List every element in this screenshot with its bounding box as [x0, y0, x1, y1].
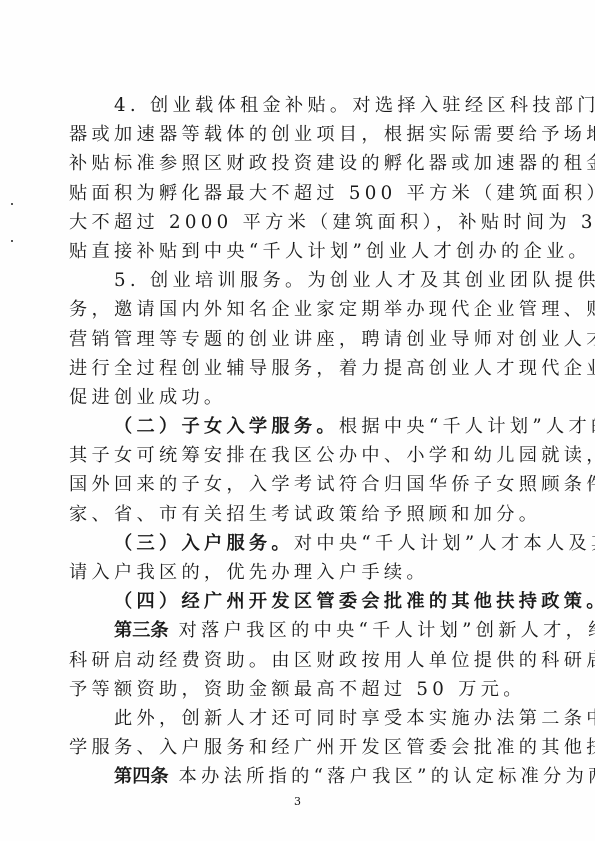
paragraph-line: 补贴标准参照区财政投资建设的孵化器或加速器的租金标准，补	[69, 149, 525, 178]
paragraph-line: 予等额资助，资助金额最高不超过 50 万元。	[69, 675, 525, 704]
document-body: 4. 创业载体租金补贴。对选择入驻经区科技部门认定的孵化 器或加速器等载体的创业…	[69, 91, 525, 792]
line-text: 贴面积为孵化器最大不超过 500 平方米（建筑面积）或加速器最	[69, 183, 595, 204]
paragraph-line: 进行全过程创业辅导服务，着力提高创业人才现代企业管理能力，	[69, 354, 525, 383]
paragraph-line: 营销管理等专题的创业讲座，聘请创业导师对创业人才创办企业	[69, 325, 525, 354]
paragraph-line: 其子女可统筹安排在我区公办中、小学和幼儿园就读，随父母从	[69, 441, 525, 470]
line-text: 贴直接补贴到中央“千人计划”创业人才创办的企业。	[69, 241, 591, 262]
line-text: 务，邀请国内外知名企业家定期举办现代企业管理、财务管理、	[69, 299, 595, 320]
line-text: 科研启动经费资助。由区财政按用人单位提供的科研启动经费给	[69, 650, 595, 671]
paragraph-line: 国外回来的子女，入学考试符合归国华侨子女照顾条件的按照国	[69, 470, 525, 499]
paragraph-line: 促进创业成功。	[69, 383, 525, 412]
paragraph-line: 大不超过 2000 平方米（建筑面积），补贴时间为 3 年。该租金补	[69, 208, 525, 237]
paragraph-line: （三）入户服务。对中央“千人计划”人才本人及其家属申	[69, 529, 525, 558]
line-text: 国外回来的子女，入学考试符合归国华侨子女照顾条件的按照国	[69, 474, 595, 495]
section-heading: （三）入户服务。	[114, 533, 294, 554]
paragraph-line: 务，邀请国内外知名企业家定期举办现代企业管理、财务管理、	[69, 295, 525, 324]
paragraph-line: 4. 创业载体租金补贴。对选择入驻经区科技部门认定的孵化	[69, 91, 525, 120]
paragraph-line: （四）经广州开发区管委会批准的其他扶持政策。	[69, 587, 525, 616]
paragraph-line: 5. 创业培训服务。为创业人才及其创业团队提供创业培训服	[69, 266, 525, 295]
line-text: 请入户我区的，优先办理入户手续。	[69, 562, 429, 583]
article-heading: 第三条	[114, 620, 169, 641]
line-text: 进行全过程创业辅导服务，着力提高创业人才现代企业管理能力，	[69, 358, 595, 379]
paragraph-line: 请入户我区的，优先办理入户手续。	[69, 558, 525, 587]
section-heading: （四）经广州开发区管委会批准的其他扶持政策。	[114, 591, 595, 612]
paragraph-line: 器或加速器等载体的创业项目，根据实际需要给予场地租金补贴。	[69, 120, 525, 149]
paragraph-line: 贴面积为孵化器最大不超过 500 平方米（建筑面积）或加速器最	[69, 179, 525, 208]
scan-artifact-dot	[11, 203, 13, 205]
line-text: 营销管理等专题的创业讲座，聘请创业导师对创业人才创办企业	[69, 329, 595, 350]
line-text: 大不超过 2000 平方米（建筑面积），补贴时间为 3 年。该租金补	[69, 212, 595, 233]
paragraph-line: 贴直接补贴到中央“千人计划”创业人才创办的企业。	[69, 237, 525, 266]
line-text: 促进创业成功。	[69, 387, 226, 408]
paragraph-line: 第三条 对落户我区的中央“千人计划”创新人才，给予创新	[69, 616, 525, 645]
paragraph-line: 第四条 本办法所指的“落户我区”的认定标准分为两类：一	[69, 762, 525, 791]
line-text: 器或加速器等载体的创业项目，根据实际需要给予场地租金补贴。	[69, 124, 595, 145]
line-text: 对中央“千人计划”人才本人及其家属申	[294, 533, 595, 554]
line-text: 5. 创业培训服务。为创业人才及其创业团队提供创业培训服	[114, 270, 595, 291]
line-text: 补贴标准参照区财政投资建设的孵化器或加速器的租金标准，补	[69, 153, 595, 174]
line-text: 家、省、市有关招生考试政策给予照顾和加分。	[69, 504, 541, 525]
section-heading: （二）子女入学服务。	[114, 416, 339, 437]
article-heading: 第四条	[114, 766, 169, 787]
scan-artifact-dot	[11, 240, 13, 242]
line-text: 4. 创业载体租金补贴。对选择入驻经区科技部门认定的孵化	[114, 95, 595, 116]
line-text: 根据中央“千人计划”人才的意愿，	[339, 416, 595, 437]
line-text: 对落户我区的中央“千人计划”创新人才，给予创新	[169, 620, 595, 641]
line-text: 其子女可统筹安排在我区公办中、小学和幼儿园就读，随父母从	[69, 445, 595, 466]
line-text: 学服务、入户服务和经广州开发区管委会批准的其他扶持政策。	[69, 737, 595, 758]
page-number: 3	[294, 795, 301, 808]
paragraph-line: （二）子女入学服务。根据中央“千人计划”人才的意愿，	[69, 412, 525, 441]
line-text: 予等额资助，资助金额最高不超过 50 万元。	[69, 679, 526, 700]
paragraph-line: 此外，创新人才还可同时享受本实施办法第二条中的子女入	[69, 704, 525, 733]
paragraph-line: 学服务、入户服务和经广州开发区管委会批准的其他扶持政策。	[69, 733, 525, 762]
paragraph-line: 家、省、市有关招生考试政策给予照顾和加分。	[69, 500, 525, 529]
paragraph-line: 科研启动经费资助。由区财政按用人单位提供的科研启动经费给	[69, 646, 525, 675]
line-text: 本办法所指的“落户我区”的认定标准分为两类：一	[169, 766, 595, 787]
line-text: 此外，创新人才还可同时享受本实施办法第二条中的子女入	[114, 708, 595, 729]
document-page: 4. 创业载体租金补贴。对选择入驻经区科技部门认定的孵化 器或加速器等载体的创业…	[0, 0, 595, 841]
